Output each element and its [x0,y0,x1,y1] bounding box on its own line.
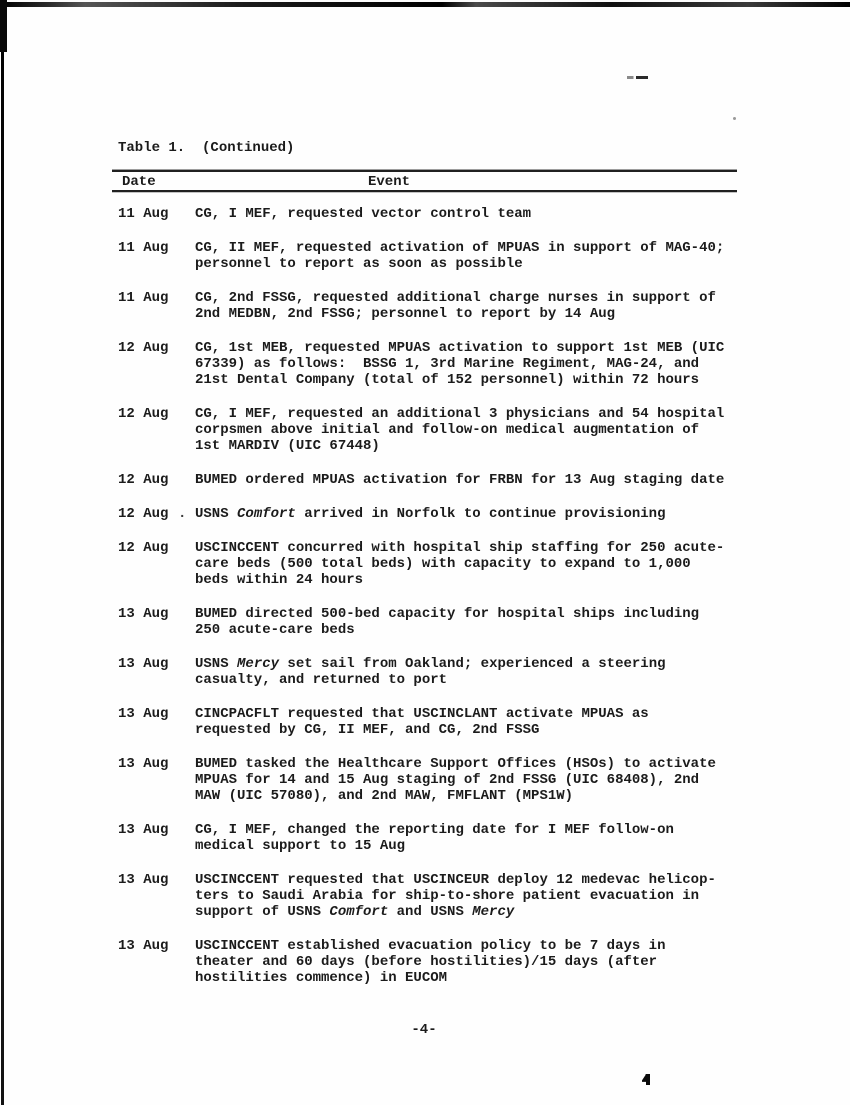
table-row: 13 AugCG, I MEF, changed the reporting d… [118,822,730,854]
row-event: BUMED directed 500-bed capacity for hosp… [195,606,730,638]
table-row: 13 AugUSNS Mercy set sail from Oakland; … [118,656,730,688]
row-event: USCINCCENT concurred with hospital ship … [195,540,730,588]
row-date: 13 Aug [118,606,178,622]
scan-speck-blob [642,1074,650,1085]
row-event: USNS Mercy set sail from Oakland; experi… [195,656,730,688]
table-header: Date Event [118,170,730,192]
table-title: Table 1. (Continued) [118,140,730,156]
ship-name-italic: Comfort [237,506,296,522]
ship-name-italic: Mercy [472,904,514,920]
table-row: 13 AugUSCINCCENT established evacuation … [118,938,730,986]
row-date: 13 Aug [118,656,178,672]
row-date: 12 Aug [118,406,178,422]
row-event: CG, I MEF, requested an additional 3 phy… [195,406,730,454]
page-content: Table 1. (Continued) Date Event 11 AugCG… [118,140,730,1038]
document-page: Table 1. (Continued) Date Event 11 AugCG… [0,0,850,1105]
scan-speck-dot [733,117,736,120]
row-date: 13 Aug [118,872,178,888]
page-number: -4- [118,1022,730,1038]
table-row: 11 AugCG, 2nd FSSG, requested additional… [118,290,730,322]
table-row: 13 AugBUMED tasked the Healthcare Suppor… [118,756,730,804]
row-date: 12 Aug [118,540,178,556]
table-row: 12 Aug.USNS Comfort arrived in Norfolk t… [118,506,730,522]
table-row: 11 AugCG, I MEF, requested vector contro… [118,206,730,222]
header-rule-bottom [112,190,737,192]
row-date: 13 Aug [118,822,178,838]
column-header-event: Event [368,174,410,190]
row-date: 13 Aug [118,938,178,954]
table-row: 13 AugUSCINCCENT requested that USCINCEU… [118,872,730,920]
row-date: 13 Aug [118,706,178,722]
row-event: USCINCCENT established evacuation policy… [195,938,730,986]
table-row: 12 AugBUMED ordered MPUAS activation for… [118,472,730,488]
row-event: CINCPACFLT requested that USCINCLANT act… [195,706,730,738]
row-event: BUMED ordered MPUAS activation for FRBN … [195,472,730,488]
scan-speck-dash [627,76,648,79]
table-row: 12 AugUSCINCCENT concurred with hospital… [118,540,730,588]
header-row: Date Event [118,172,730,190]
row-date: 12 Aug [118,472,178,488]
row-date: 12 Aug [118,340,178,356]
table-row: 13 AugCINCPACFLT requested that USCINCLA… [118,706,730,738]
stray-mark: . [178,506,195,522]
table-row: 12 AugCG, 1st MEB, requested MPUAS activ… [118,340,730,388]
row-event: USNS Comfort arrived in Norfolk to conti… [195,506,730,522]
row-event: USCINCCENT requested that USCINCEUR depl… [195,872,730,920]
scan-edge-corner [0,0,7,52]
table-row: 13 AugBUMED directed 500-bed capacity fo… [118,606,730,638]
table-body: 11 AugCG, I MEF, requested vector contro… [118,206,730,986]
table-row: 11 AugCG, II MEF, requested activation o… [118,240,730,272]
row-date: 13 Aug [118,756,178,772]
row-event: CG, I MEF, changed the reporting date fo… [195,822,730,854]
row-event: BUMED tasked the Healthcare Support Offi… [195,756,730,804]
row-date: 11 Aug [118,206,178,222]
row-date: 11 Aug [118,240,178,256]
row-event: CG, 2nd FSSG, requested additional charg… [195,290,730,322]
row-event: CG, II MEF, requested activation of MPUA… [195,240,730,272]
row-date: 11 Aug [118,290,178,306]
row-date: 12 Aug [118,506,178,522]
row-event: CG, 1st MEB, requested MPUAS activation … [195,340,730,388]
column-header-date: Date [122,174,156,190]
row-event: CG, I MEF, requested vector control team [195,206,730,222]
ship-name-italic: Mercy [237,656,279,672]
scan-edge-top [0,2,850,7]
table-row: 12 AugCG, I MEF, requested an additional… [118,406,730,454]
scan-edge-left [1,0,4,1105]
ship-name-italic: Comfort [329,904,388,920]
